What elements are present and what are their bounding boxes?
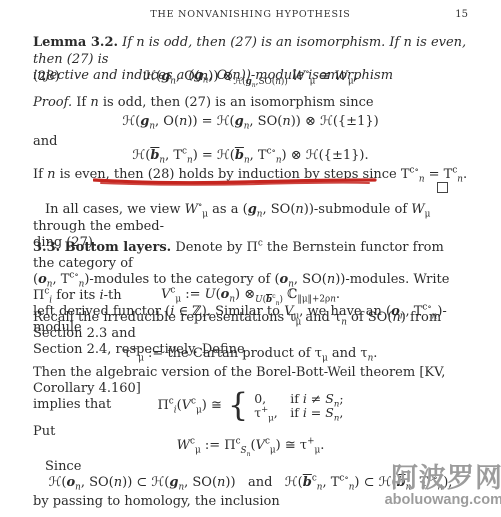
cases-row-value: 0, xyxy=(254,392,280,407)
equation-cases: Πci(Vcμ) ≅ { 0, if i ≠ Sn; τ+μ, if i = S… xyxy=(33,391,468,421)
cases-row: τ+μ, if i = Sn, xyxy=(254,406,343,421)
running-header-title: THE NONVANISHING HYPOTHESIS xyxy=(33,9,468,21)
cases-row: 0, if i ≠ Sn; xyxy=(254,392,343,407)
proof-intro: Proof. If n is odd, then (27) is an isom… xyxy=(33,95,468,112)
red-underline-annotation xyxy=(93,176,377,188)
equation-28-tag: (28) xyxy=(33,66,60,88)
cases-row-condition: if i = Sn, xyxy=(290,406,343,421)
equation-28: (28) ℋ(gn, O(n)) ⊗ℋ(gn,SO(n)) W∘μ ≅ Wμ. xyxy=(33,66,468,88)
watermark-cjk-text: 阿波罗网 xyxy=(385,463,501,493)
cases-row-condition: if i ≠ Sn; xyxy=(290,392,343,407)
cases-brace: { xyxy=(228,390,248,420)
equation-cartan: τ+μ := the Cartan product of τμ and τn. xyxy=(33,344,468,364)
cases-rows: 0, if i ≠ Sn; τ+μ, if i = Sn, xyxy=(254,392,343,421)
lemma-label: Lemma 3.2. xyxy=(33,35,118,50)
watermark: 阿波罗网 aboluowang.com xyxy=(385,463,501,508)
section-heading: 3.3. Bottom layers. xyxy=(33,240,171,255)
cases-lhs: Πci(Vcμ) ≅ xyxy=(157,398,221,415)
equation-v-mu: Vcμ := U(on) ⊗U(bcn) ℂ‖μ‖+2ρn. xyxy=(33,284,468,306)
display-equation-2: ℋ(bn, Tcn) = ℋ(bn, Tc∘n) ⊗ ℋ({±1}). xyxy=(33,146,468,166)
watermark-domain-text: aboluowang.com xyxy=(385,493,501,508)
cases-row-value: τ+μ, xyxy=(254,406,280,421)
equation-w-mu: Wcμ := ΠcSn(Vcμ) ≅ τ+μ. xyxy=(33,436,468,456)
paper-page: THE NONVANISHING HYPOTHESIS 15 Lemma 3.2… xyxy=(0,0,501,517)
equation-28-formula: ℋ(gn, O(n)) ⊗ℋ(gn,SO(n)) W∘μ ≅ Wμ. xyxy=(143,69,358,84)
qed-box xyxy=(437,182,448,193)
page-number: 15 xyxy=(455,9,468,21)
display-equation-1: ℋ(gn, O(n)) = ℋ(gn, SO(n)) ⊗ ℋ({±1}) xyxy=(33,112,468,132)
